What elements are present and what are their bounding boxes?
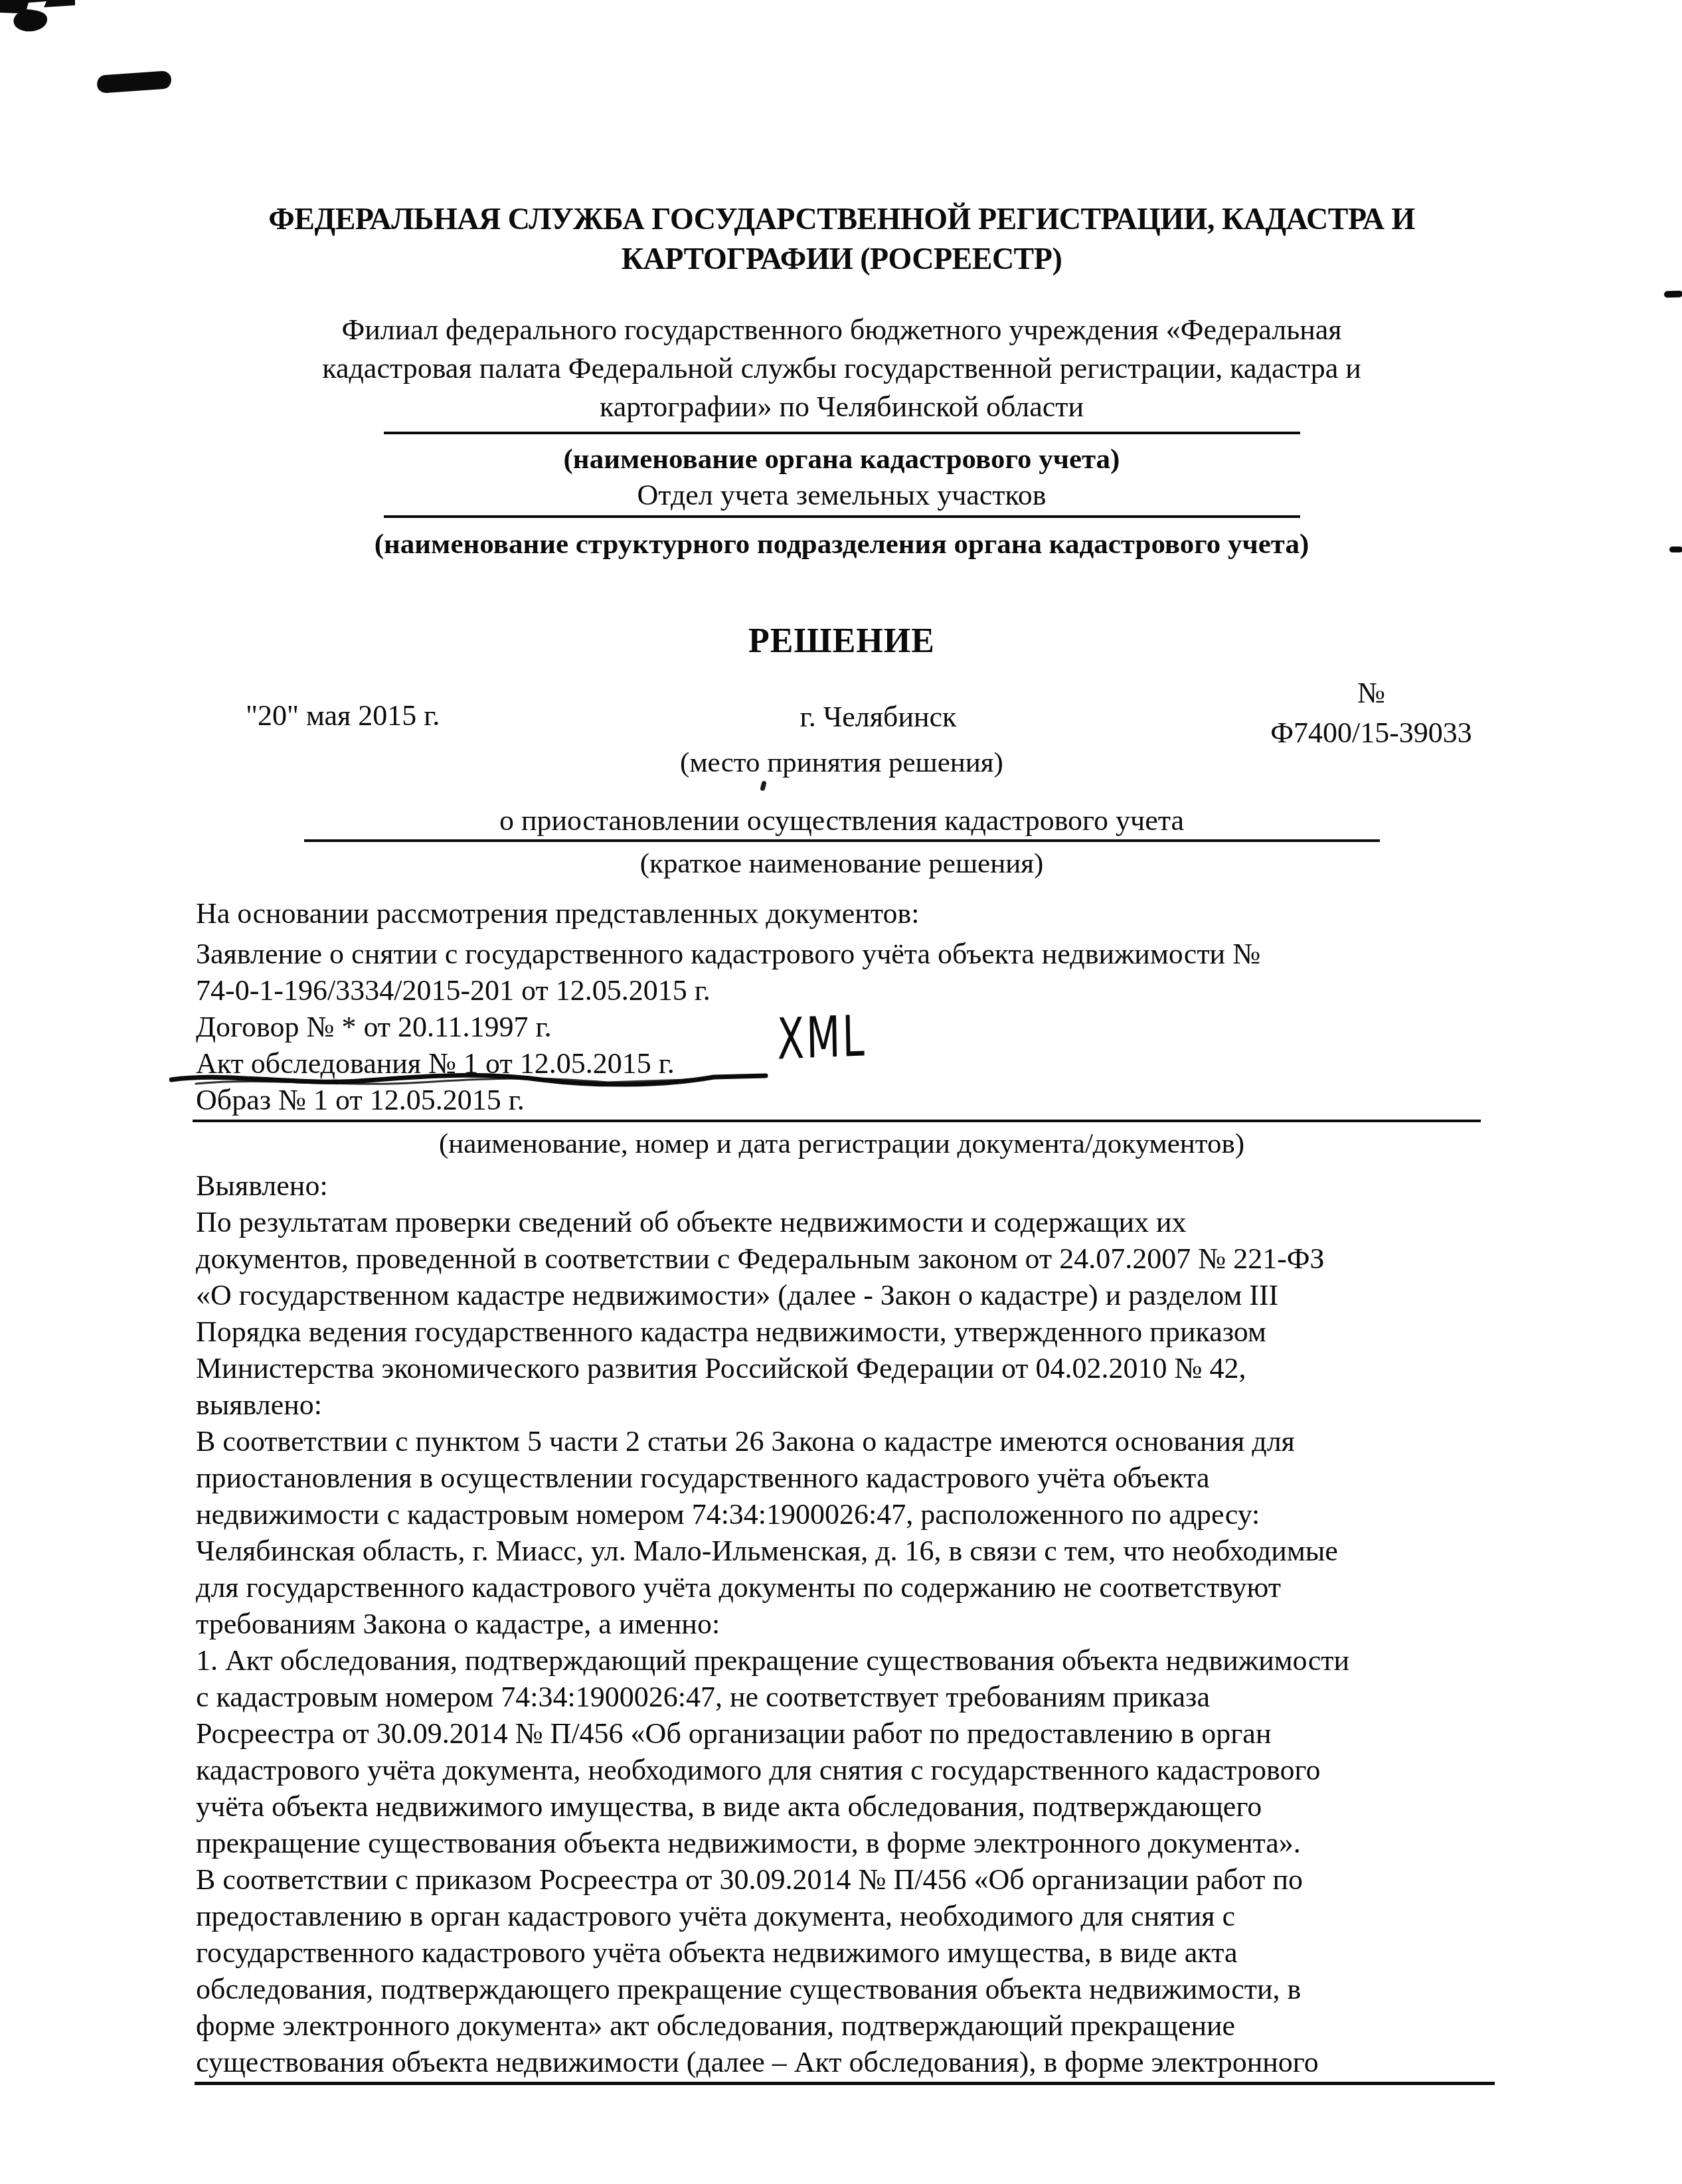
subject-caption: (краткое наименование решения) — [196, 847, 1487, 881]
org-header-line: ФЕДЕРАЛЬНАЯ СЛУЖБА ГОСУДАРСТВЕННОЙ РЕГИС… — [196, 199, 1487, 239]
decision-number-label: № — [1255, 676, 1487, 711]
text-line: учёта объекта недвижимого имущества, в в… — [196, 1788, 1487, 1825]
decision-number-block: № Ф7400/15-39033 — [1255, 676, 1487, 750]
text-line: документов, проведенной в соответствии с… — [196, 1240, 1487, 1277]
department-caption: (наименование структурного подразделения… — [196, 527, 1487, 562]
document-content: ФЕДЕРАЛЬНАЯ СЛУЖБА ГОСУДАРСТВЕННОЙ РЕГИС… — [196, 0, 1487, 2085]
text-line: существования объекта недвижимости (дале… — [196, 2044, 1487, 2080]
org-header: ФЕДЕРАЛЬНАЯ СЛУЖБА ГОСУДАРСТВЕННОЙ РЕГИС… — [196, 199, 1487, 279]
document-item-image: Образ № 1 от 12.05.2015 г. — [196, 1082, 1487, 1118]
scan-edge-dash — [1664, 291, 1682, 298]
scan-corner-artifact — [0, 0, 173, 100]
subject-underline — [304, 839, 1380, 842]
decision-title: РЕШЕНИЕ — [196, 620, 1487, 663]
text-line: По результатам проверки сведений об объе… — [196, 1204, 1487, 1240]
scan-edge-dash — [1669, 546, 1682, 552]
text-line: обследования, подтверждающего прекращени… — [196, 1971, 1487, 2007]
text-line: государственного кадастрового учёта объе… — [196, 1934, 1487, 1971]
text-line: недвижимости с кадастровым номером 74:34… — [196, 1496, 1487, 1533]
body-text: По результатам проверки сведений об объе… — [196, 1204, 1487, 2080]
documents-caption: (наименование, номер и дата регистрации … — [196, 1128, 1487, 1161]
page-bottom-rule — [195, 2082, 1495, 2085]
decision-subject: о приостановлении осуществления кадастро… — [196, 803, 1487, 838]
text-line: с кадастровым номером 74:34:1900026:47, … — [196, 1679, 1487, 1715]
branch-name: Филиал федерального государственного бюд… — [196, 311, 1487, 426]
found-label: Выявлено: — [196, 1167, 1487, 1204]
text-line: предоставлению в орган кадастрового учёт… — [196, 1898, 1487, 1934]
scanned-decision-page: ФЕДЕРАЛЬНАЯ СЛУЖБА ГОСУДАРСТВЕННОЙ РЕГИС… — [0, 0, 1682, 2184]
department-underline — [384, 515, 1300, 518]
branch-line: Филиал федерального государственного бюд… — [196, 311, 1487, 349]
text-line: Министерства экономического развития Рос… — [196, 1350, 1487, 1386]
text-line: 1. Акт обследования, подтверждающий прек… — [196, 1642, 1487, 1679]
text-line: приостановления в осуществлении государс… — [196, 1460, 1487, 1496]
decision-place-caption: (место принятия решения) — [196, 746, 1487, 779]
document-item-application-line1: Заявление о снятии с государственного ка… — [196, 936, 1487, 972]
documents-list: Заявление о снятии с государственного ка… — [196, 936, 1487, 1118]
branch-line: картографии» по Челябинской области — [196, 388, 1487, 426]
org-header-line: КАРТОГРАФИИ (РОСРЕЕСТР) — [196, 239, 1487, 279]
document-item-survey-act: Акт обследования № 1 от 12.05.2015 г. XM… — [196, 1045, 1487, 1082]
text-line: кадастрового учёта документа, необходимо… — [196, 1752, 1487, 1788]
text-line: Порядка ведения государственного кадастр… — [196, 1313, 1487, 1350]
text-line: прекращение существования объекта недвиж… — [196, 1825, 1487, 1861]
text-line: «О государственном кадастре недвижимости… — [196, 1277, 1487, 1313]
text-line: требованиям Закона о кадастре, а именно: — [196, 1606, 1487, 1642]
text-line: выявлено: — [196, 1386, 1487, 1423]
branch-underline — [384, 432, 1300, 434]
documents-intro: На основании рассмотрения представленных… — [196, 895, 1487, 932]
text-line: для государственного кадастрового учёта … — [196, 1569, 1487, 1606]
text-line: Челябинская область, г. Миасс, ул. Мало-… — [196, 1533, 1487, 1569]
documents-underline — [193, 1120, 1481, 1122]
department-name: Отдел учета земельных участков — [196, 478, 1487, 513]
text-line: форме электронного документа» акт обслед… — [196, 2007, 1487, 2044]
branch-line: кадастровая палата Федеральной службы го… — [196, 349, 1487, 388]
decision-number: Ф7400/15-39033 — [1255, 716, 1487, 750]
handwritten-xml-note: XML — [777, 1015, 867, 1060]
decision-place: г. Челябинск — [800, 700, 957, 734]
text-line: В соответствии с пунктом 5 части 2 стать… — [196, 1423, 1487, 1460]
branch-caption: (наименование органа кадастрового учета) — [196, 442, 1487, 477]
text-line: Росреестра от 30.09.2014 № П/456 «Об орг… — [196, 1715, 1487, 1752]
decision-meta-row: "20" мая 2015 г. г. Челябинск (место при… — [196, 676, 1487, 778]
text-line: В соответствии с приказом Росреестра от … — [196, 1861, 1487, 1898]
